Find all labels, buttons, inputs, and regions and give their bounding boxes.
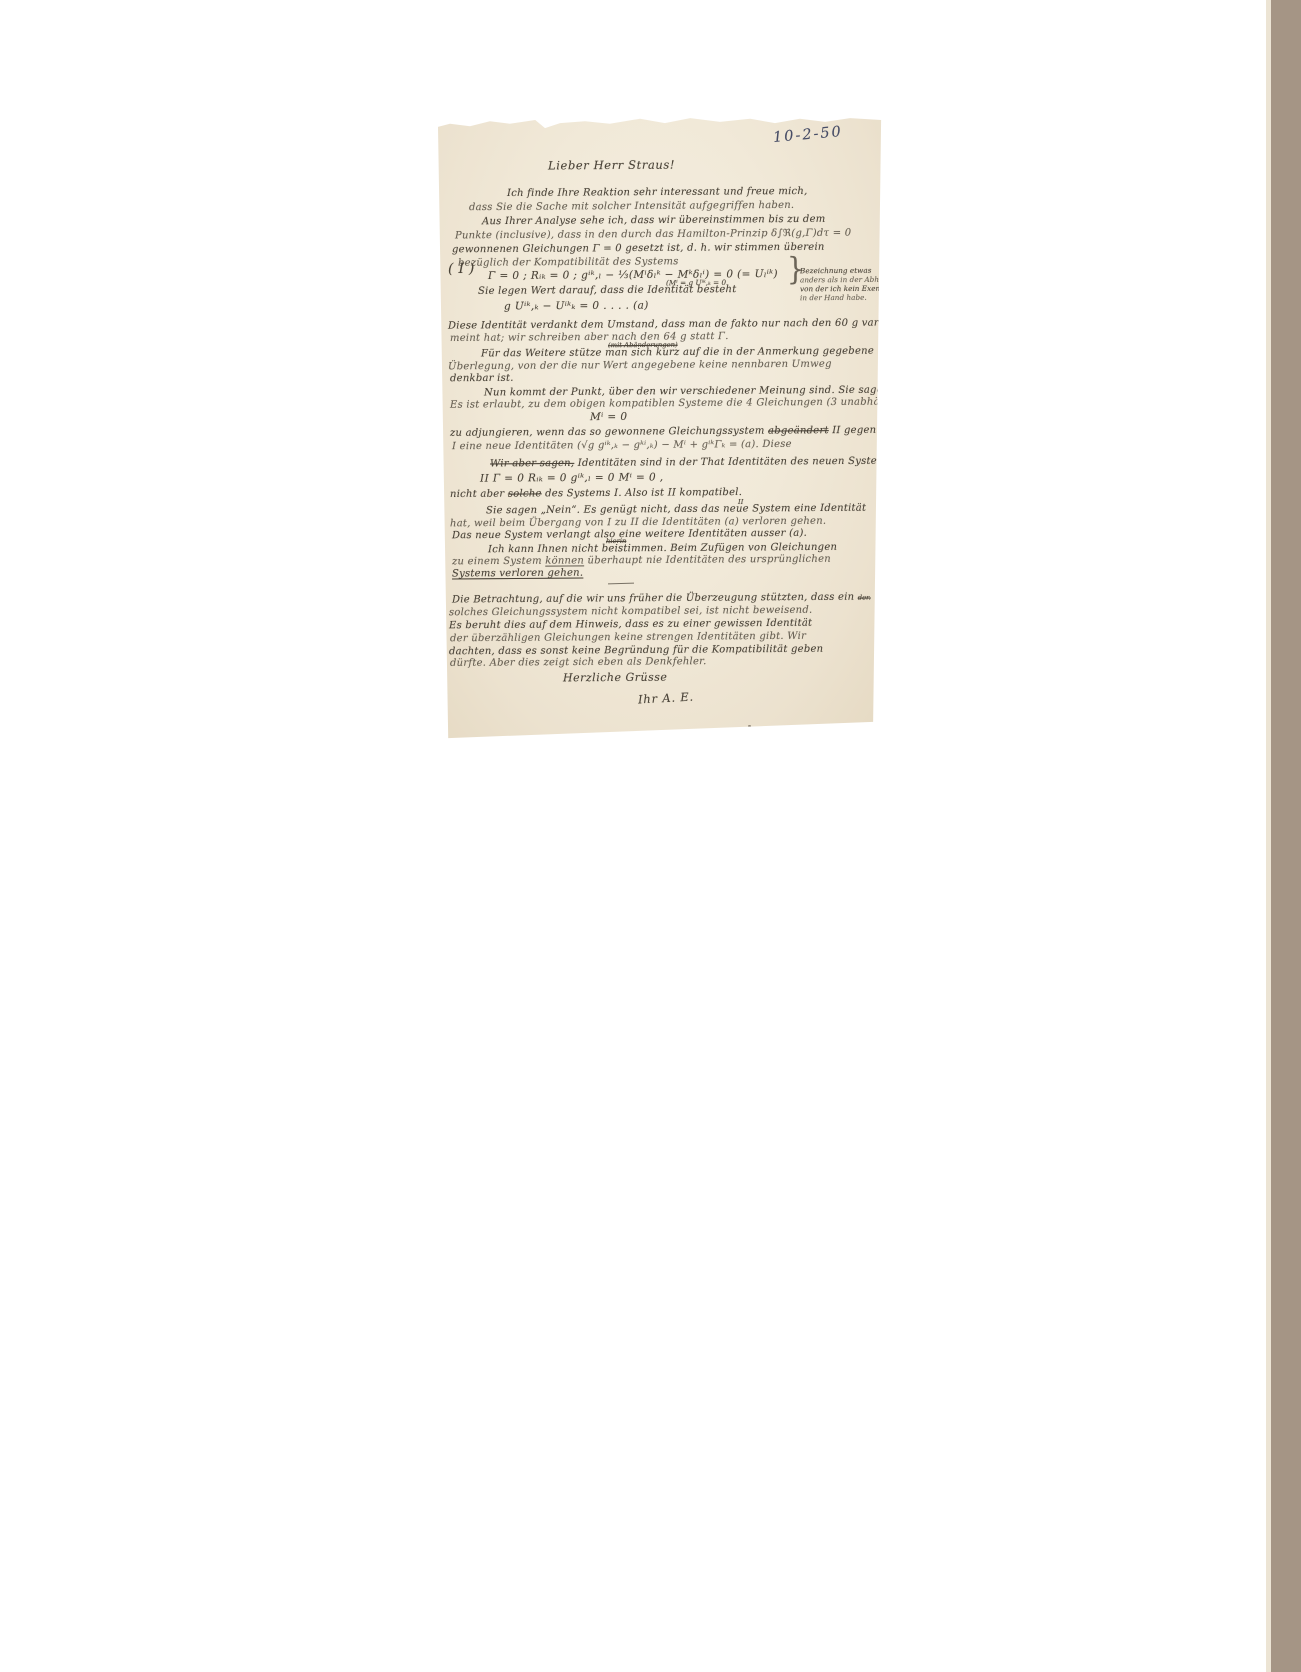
handwritten-line: I eine neue Identitäten (√g gⁱᵏ,ₖ − gᵏⁱ,…	[452, 440, 792, 452]
handwritten-line: bezüglich der Kompatibilität des Systems	[458, 257, 679, 269]
inserted-strikethrough-note: (mit Abänderungen)	[608, 342, 678, 349]
date-stamp: 10-2-50	[773, 125, 844, 146]
section-divider	[608, 583, 634, 585]
line-text: Die Betrachtung, auf die wir uns früher …	[452, 592, 854, 606]
line-text: zu einem System	[452, 556, 545, 568]
handwritten-letter-sheet: 10-2-50 Lieber Herr Straus! Ich finde Ih…	[438, 115, 882, 740]
handwritten-line: Überlegung, von der die nur Wert angegeb…	[448, 360, 832, 373]
handwritten-line: Das neue System verlangt also eine weite…	[452, 529, 807, 541]
handwritten-line: Diese Identität verdankt dem Umstand, da…	[448, 318, 901, 331]
handwritten-line: Systems verloren gehen.	[452, 569, 583, 580]
line-text: II gegenüber dem System	[829, 424, 969, 436]
signature: Ihr A. E.	[638, 692, 694, 706]
auction-photo-page: { "page": { "background": "#ffffff", "sp…	[0, 0, 1301, 1672]
handwritten-line: Die Betrachtung, auf die wir uns früher …	[452, 593, 871, 606]
strikethrough-text: Wir aber sagen,	[490, 458, 574, 470]
strikethrough-text: der.	[858, 594, 871, 602]
handwritten-line: zu adjungieren, wenn das so gewonnene Gl…	[450, 425, 969, 439]
equation-1: Γ = 0 ; Rᵢₖ = 0 ; gⁱᵏ,ₗ − ⅓(Mⁱδₗᵏ − Mᵏδₗ…	[488, 269, 778, 282]
handwritten-line: Es ist erlaubt, zu dem obigen kompatible…	[450, 397, 914, 410]
handwritten-line: dass Sie die Sache mit solcher Intensitä…	[469, 201, 794, 213]
equation-1-label: ( I )	[448, 262, 475, 276]
handwritten-line: Es beruht dies auf dem Hinweis, dass es …	[449, 619, 812, 632]
handwritten-line: nicht aber solche des Systems I. Also is…	[450, 488, 742, 500]
book-spine-strip	[1271, 0, 1301, 1672]
strikethrough-text: abgeändert	[768, 425, 829, 436]
margin-note-line: in der Hand habe.	[800, 294, 867, 302]
equation-system-2: II Γ = 0 Rᵢₖ = 0 gⁱᵏ,ₗ = 0 Mⁱ = 0 ,	[480, 472, 664, 484]
handwritten-line: meint hat; wir schreiben aber nach den 6…	[450, 332, 729, 344]
margin-note-line: Bezeichnung etwas	[800, 267, 871, 275]
handwritten-line: denkbar ist.	[450, 374, 514, 384]
margin-note-line: anders als in der Abhandlung,	[800, 276, 911, 284]
line-text: zu adjungieren, wenn das so gewonnene Gl…	[450, 426, 768, 439]
line-text: des Systems I. Also ist II kompatibel.	[542, 487, 743, 499]
handwritten-line: solches Gleichungssystem nicht kompatibe…	[449, 606, 812, 619]
handwritten-line: der überzähligen Gleichungen keine stren…	[450, 632, 806, 644]
handwritten-line: Punkte (inclusive), dass in den durch da…	[455, 229, 851, 242]
handwritten-line: Wir aber sagen, Identitäten sind in der …	[490, 457, 907, 470]
line-text: Identitäten sind in der That Identitäten…	[574, 456, 907, 469]
handwritten-line: gewonnenen Gleichungen Γ = 0 gesetzt ist…	[452, 243, 825, 256]
handwritten-line: zu einem System können überhaupt nie Ide…	[452, 555, 831, 568]
equation-m: Mⁱ = 0	[590, 412, 627, 423]
strikethrough-text: solche	[508, 488, 542, 499]
salutation: Lieber Herr Straus!	[548, 160, 675, 172]
paper-speck	[748, 725, 751, 727]
margin-note-line: von der ich kein Exemplar	[800, 285, 897, 293]
underlined-text: können	[545, 555, 584, 566]
handwritten-line: dachten, dass es sonst keine Begründung …	[449, 645, 823, 658]
line-text: überhaupt nie Identitäten des ursprüngli…	[584, 554, 831, 567]
side-formula: (Mⁱ = g Uⁱᵏ,ₖ = 0	[666, 279, 726, 287]
handwritten-line: Sie sagen „Nein“. Es genügt nicht, dass …	[486, 504, 866, 517]
handwritten-line: Ich finde Ihre Reaktion sehr interessant…	[507, 187, 808, 199]
line-text: nicht aber	[450, 489, 508, 500]
handwritten-line: dürfte. Aber dies zeigt sich eben als De…	[450, 657, 707, 669]
handwritten-line: Aus Ihrer Analyse sehe ich, dass wir übe…	[482, 215, 826, 227]
equation-a: g Uⁱᵏ,ₖ − Uⁱᵏₖ = 0 . . . . (a)	[504, 300, 649, 312]
closing: Herzliche Grüsse	[563, 672, 667, 684]
